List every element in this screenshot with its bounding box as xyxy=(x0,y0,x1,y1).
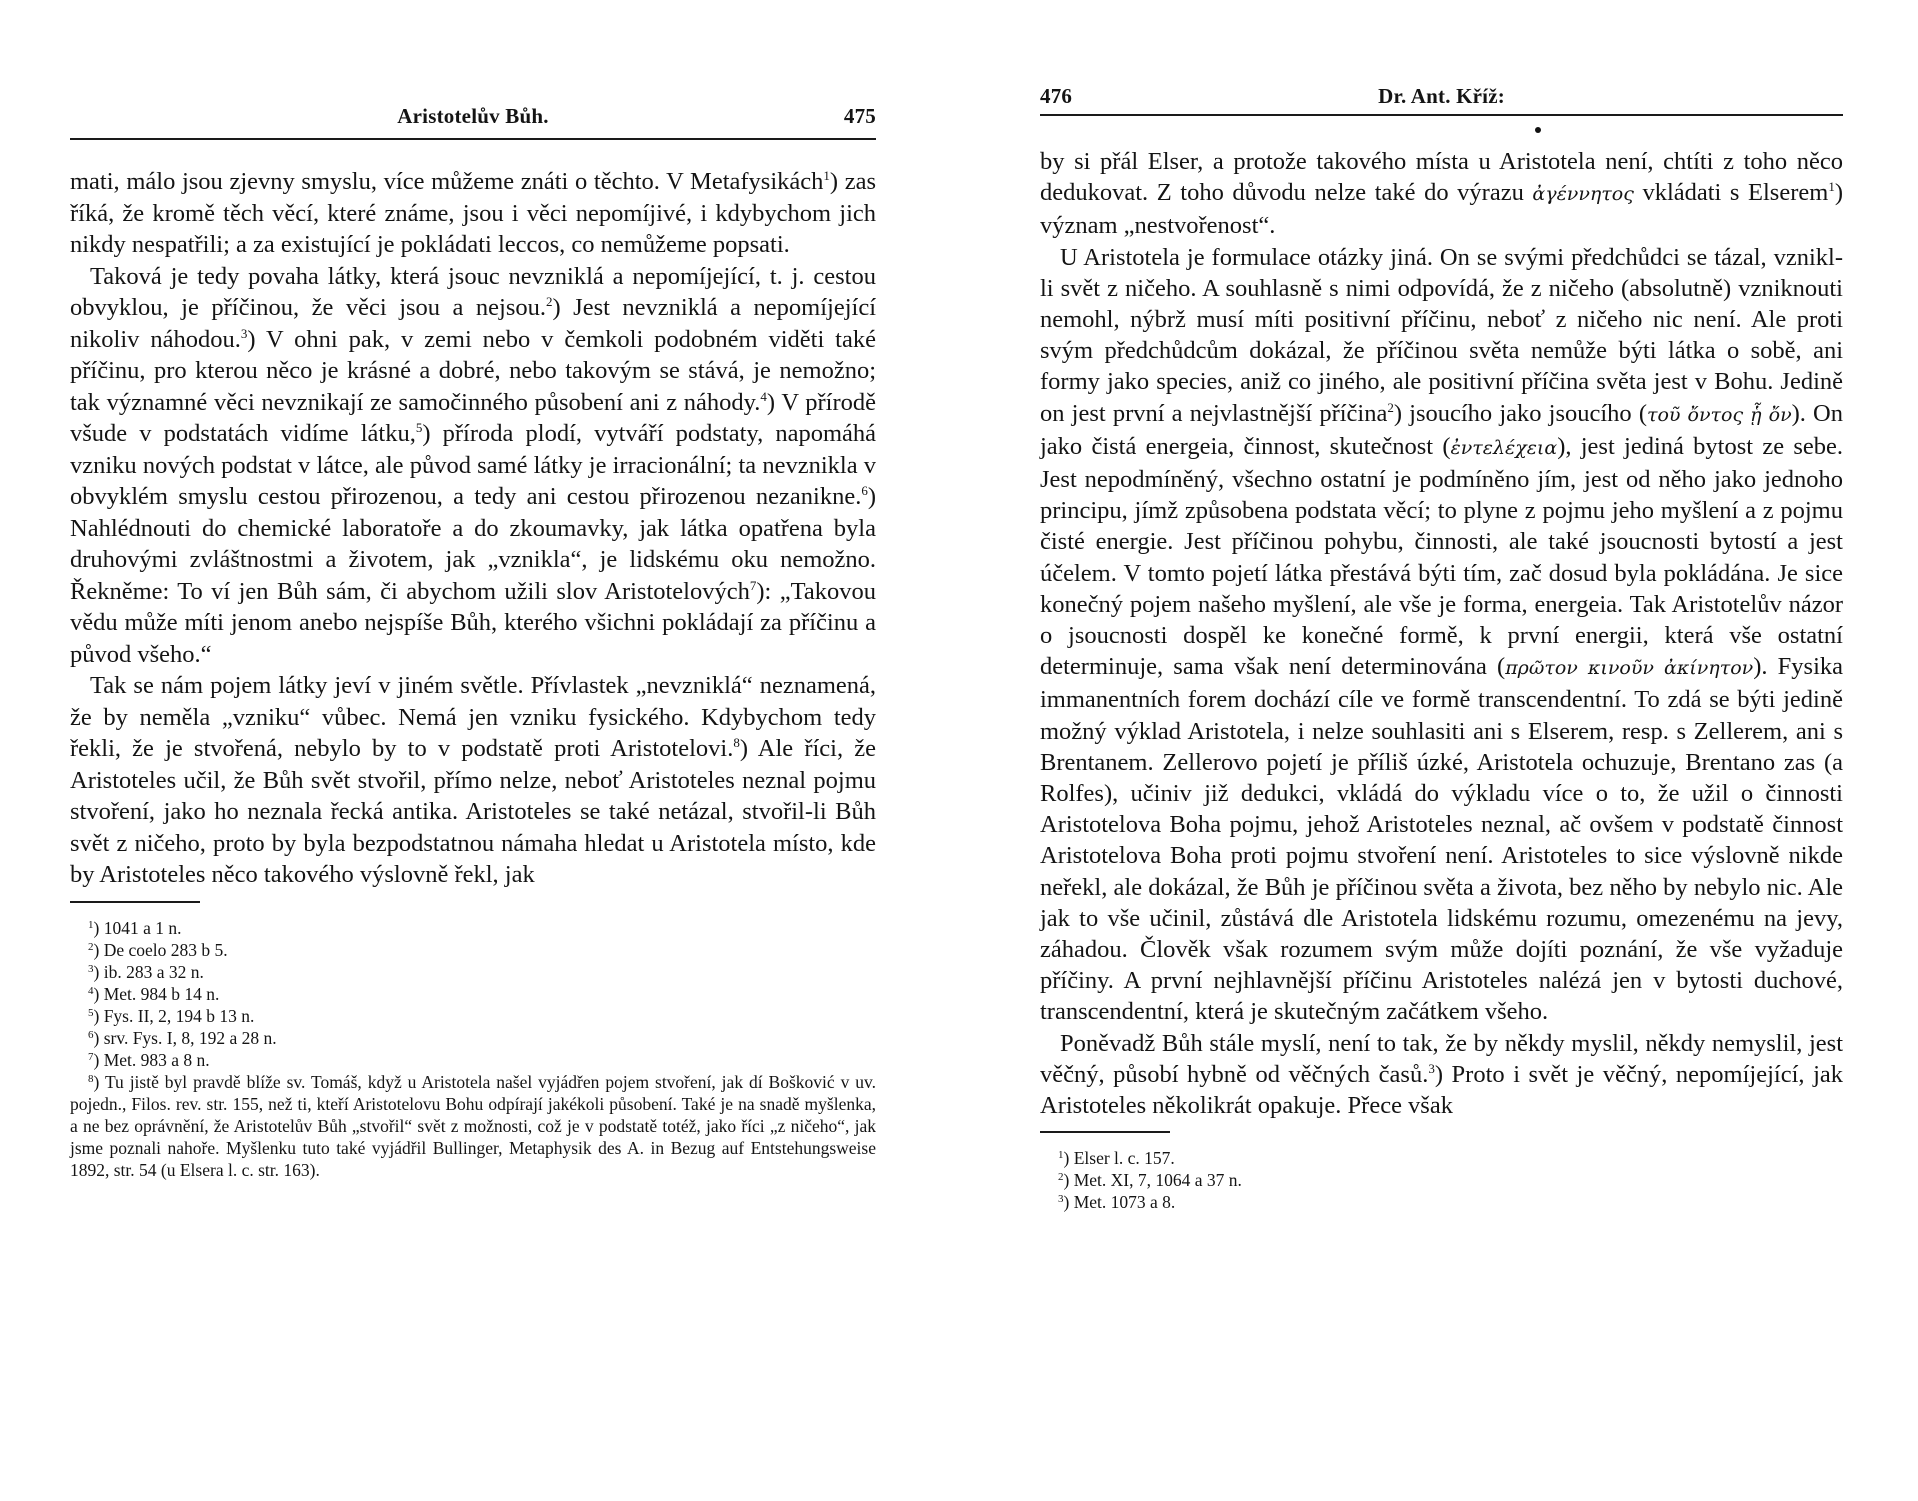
paragraph: Poněvadž Bůh stále myslí, není to tak, ž… xyxy=(1040,1028,1843,1122)
paragraph: Tak se nám pojem látky jeví v jiném svět… xyxy=(70,670,876,891)
paragraph: mati, málo jsou zjevny smyslu, více může… xyxy=(70,166,876,261)
footnote: 2) De coelo 283 b 5. xyxy=(70,939,876,961)
footnote: 1) 1041 a 1 n. xyxy=(70,917,876,939)
footnote-number: 8 xyxy=(88,1073,94,1085)
footnote-ref: 8 xyxy=(733,735,740,750)
footnote: 5) Fys. II, 2, 194 b 13 n. xyxy=(70,1005,876,1027)
footnote-number: 2 xyxy=(88,941,94,953)
footnote: 3) Met. 1073 a 8. xyxy=(1040,1191,1843,1213)
footnote: 1) Elser l. c. 157. xyxy=(1040,1147,1843,1169)
footnote-number: 6 xyxy=(88,1029,94,1041)
footnote-ref: 3 xyxy=(1428,1061,1435,1076)
footnote-number: 2 xyxy=(1058,1171,1064,1183)
header-rule xyxy=(70,138,876,140)
footnote-number: 3 xyxy=(88,963,94,975)
footnote-number: 4 xyxy=(88,985,94,997)
running-head-title: Aristotelův Bůh. xyxy=(70,104,876,129)
greek-term: πρῶτον κινοῦν ἀκίνητον xyxy=(1505,657,1753,679)
print-speck xyxy=(1535,127,1541,133)
footnote: 3) ib. 283 a 32 n. xyxy=(70,961,876,983)
footnote-ref: 1 xyxy=(1828,179,1835,194)
body-text: mati, málo jsou zjevny smyslu, více může… xyxy=(70,166,876,891)
footnote-number: 3 xyxy=(1058,1193,1064,1205)
footnote: 8) Tu jistě byl pravdě blíže sv. Tomáš, … xyxy=(70,1071,876,1181)
page-number: 475 xyxy=(844,104,876,129)
paragraph: U Aristotela je formulace otázky jiná. O… xyxy=(1040,242,1843,1028)
footnotes: 1) 1041 a 1 n.2) De coelo 283 b 5.3) ib.… xyxy=(70,917,876,1181)
running-head: Aristotelův Bůh. 475 xyxy=(70,100,876,130)
footnote-rule xyxy=(1040,1131,1170,1133)
footnote-ref: 2 xyxy=(546,294,553,309)
running-head: 476 Dr. Ant. Kříž: xyxy=(1040,80,1843,110)
footnote-ref: 5 xyxy=(416,420,423,435)
footnote-number: 7 xyxy=(88,1051,94,1063)
running-head-title: Dr. Ant. Kříž: xyxy=(1040,84,1843,109)
left-page: Aristotelův Bůh. 475 mati, málo jsou zje… xyxy=(70,100,876,1181)
footnote-ref: 6 xyxy=(861,483,868,498)
footnotes: 1) Elser l. c. 157.2) Met. XI, 7, 1064 a… xyxy=(1040,1147,1843,1213)
footnote: 2) Met. XI, 7, 1064 a 37 n. xyxy=(1040,1169,1843,1191)
footnote-number: 1 xyxy=(1058,1149,1064,1161)
greek-term: ἀγέννητος xyxy=(1532,183,1633,205)
footnote: 4) Met. 984 b 14 n. xyxy=(70,983,876,1005)
footnote-ref: 1 xyxy=(823,168,830,183)
footnote-ref: 2 xyxy=(1387,400,1394,415)
footnote: 7) Met. 983 a 8 n. xyxy=(70,1049,876,1071)
greek-term: ἐντελέχεια xyxy=(1451,437,1558,459)
greek-term: τοῦ ὄντος ᾗ ὄν xyxy=(1647,404,1792,426)
paragraph: Taková je tedy povaha látky, která jsouc… xyxy=(70,261,876,671)
header-rule xyxy=(1040,114,1843,116)
footnote-ref: 4 xyxy=(760,389,767,404)
right-page: 476 Dr. Ant. Kříž: by si přál Elser, a p… xyxy=(1040,80,1843,1213)
footnote-ref: 7 xyxy=(750,578,757,593)
body-text: by si přál Elser, a protože takového mís… xyxy=(1040,146,1843,1121)
footnote-number: 5 xyxy=(88,1007,94,1019)
footnote-rule xyxy=(70,901,200,903)
footnote-number: 1 xyxy=(88,919,94,931)
footnote-ref: 3 xyxy=(241,326,248,341)
footnote: 6) srv. Fys. I, 8, 192 a 28 n. xyxy=(70,1027,876,1049)
paragraph: by si přál Elser, a protože takového mís… xyxy=(1040,146,1843,242)
